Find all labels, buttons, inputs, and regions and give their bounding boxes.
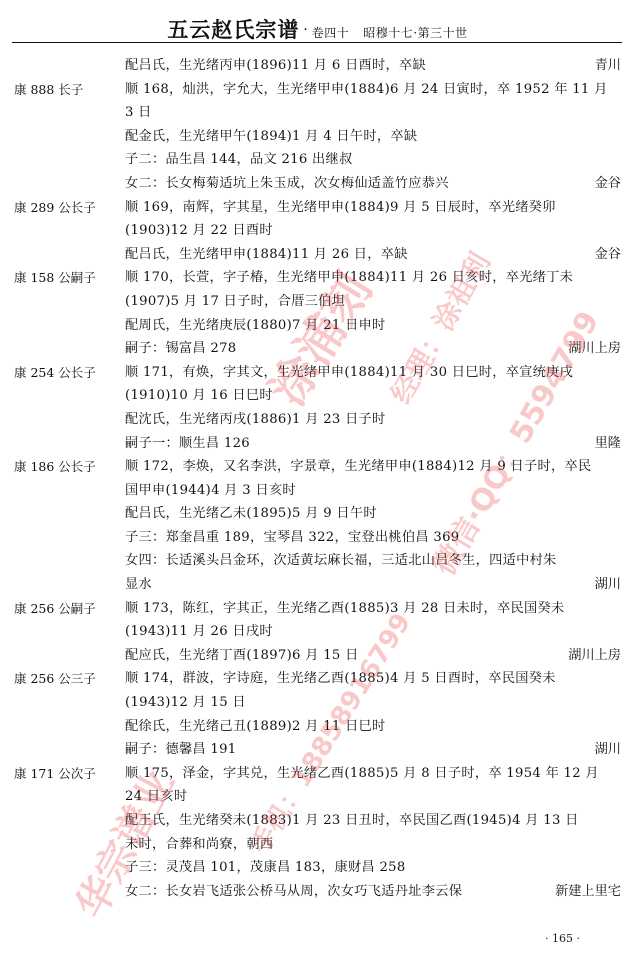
entry-text: 顺 169，南辉，字其星，生光绪甲申(1884)9 月 5 日辰时，卒光绪癸卯 [125,196,556,220]
entry-text: 配王氏，生光绪癸未(1883)1 月 23 日丑时，卒民国乙酉(1945)4 月… [125,809,579,833]
entry-text: 子二：品生昌 144，品文 216 出继叔 [125,148,352,172]
genealogy-entries: 配吕氏，生光绪丙申(1896)11 月 6 日酉时，卒缺青川 康 888 长子顺… [0,54,635,903]
entry-text: 女二：长女岩飞适张公桥马从周，次女巧飞适丹址李云保 [125,880,462,904]
entry-text: 子三：郑奎昌重 189，宝琴昌 322，宝登出桃伯昌 369 [125,526,459,550]
entry-line: 配沈氏，生光绪丙戌(1886)1 月 23 日子时 [0,408,635,432]
lineage-label: 康 171 公次子 [14,762,96,786]
entry-line: (1903)12 月 22 日酉时 [0,219,635,243]
generation-label: 第三十世 [418,26,468,40]
entry-line: 配应氏，生光绪丁酉(1897)6 月 15 日湖川上房 [0,644,635,668]
entry-line: 配王氏，生光绪癸未(1883)1 月 23 日丑时，卒民国乙酉(1945)4 月… [0,809,635,833]
lineage-label: 康 256 公三子 [14,667,96,691]
entry-text: 顺 174，群波，字诗庭，生光绪乙酉(1885)4 月 5 日酉时，卒民国癸未 [125,667,556,691]
entry-text: 配应氏，生光绪丁酉(1897)6 月 15 日 [125,644,359,668]
lineage-label: 康 289 公长子 [14,196,96,220]
entry-text: 女四：长适溪头吕金环，次适黄坛麻长福，三适北山吕冬生，四适中村朱 [125,549,557,573]
location-tag: 新建上里宅 [555,880,621,904]
entry-line: (1943)11 月 26 日戌时 [0,620,635,644]
location-tag: 金谷 [595,172,621,196]
entry-text: 嗣子：德馨昌 191 [125,738,237,762]
entry-line: 康 186 公长子顺 172，李焕，又名李洪，字景章，生光绪甲申(1884)12… [0,455,635,479]
location-tag: 金谷 [595,243,621,267]
entry-text: (1907)5 月 17 日子时，合厝三伯坦 [125,290,345,314]
entry-text: 配吕氏，生光绪甲申(1884)11 月 26 日，卒缺 [125,243,408,267]
entry-line: 3 日 [0,101,635,125]
entry-line: 女四：长适溪头吕金环，次适黄坛麻长福，三适北山吕冬生，四适中村朱 [0,549,635,573]
entry-line: 女二：长女岩飞适张公桥马从周，次女巧飞适丹址李云保新建上里宅 [0,880,635,904]
entry-text: 顺 175，泽金，字其兑，生光绪乙酉(1885)5 月 8 日子时，卒 1954… [125,762,599,786]
entry-text: 国甲申(1944)4 月 3 日亥时 [125,479,296,503]
location-tag: 里隆 [595,432,621,456]
entry-text: 显水 [125,573,152,597]
entry-line: 未时，合葬和尚寮，朝西 [0,833,635,857]
header-rule [12,42,622,43]
entry-text: 配吕氏，生光绪丙申(1896)11 月 6 日酉时，卒缺 [125,54,426,78]
entry-text: 嗣子：锡富昌 278 [125,337,237,361]
entry-line: 子二：品生昌 144，品文 216 出继叔 [0,148,635,172]
entry-line: 国甲申(1944)4 月 3 日亥时 [0,479,635,503]
entry-line: 康 256 公三子顺 174，群波，字诗庭，生光绪乙酉(1885)4 月 5 日… [0,667,635,691]
lineage-label: 康 158 公嗣子 [14,266,96,290]
entry-text: 顺 172，李焕，又名李洪，字景章，生光绪甲申(1884)12 月 9 日子时，… [125,455,591,479]
entry-text: (1910)10 月 16 日巳时 [125,384,273,408]
book-title: 五云赵氏宗谱 [167,17,299,42]
entry-text: (1943)11 月 26 日戌时 [125,620,273,644]
separator-dot: · [303,22,307,38]
entry-line: 康 254 公长子顺 171，有焕，字其文，生光绪甲申(1884)11 月 30… [0,361,635,385]
entry-text: 配徐氏，生光绪己丑(1889)2 月 11 日巳时 [125,715,386,739]
entry-line: 嗣子一：顺生昌 126里隆 [0,432,635,456]
page-header: 五云赵氏宗谱·卷四十昭穆十七·第三十世 [0,14,635,42]
entry-text: 顺 170，长萱，字子椿，生光绪甲申(1884)11 月 26 日亥时，卒光绪丁… [125,266,573,290]
entry-line: 康 171 公次子顺 175，泽金，字其兑，生光绪乙酉(1885)5 月 8 日… [0,762,635,786]
lineage-label: 康 254 公长子 [14,361,96,385]
lineage-label: 康 256 公嗣子 [14,597,96,621]
lineage-label: 康 888 长子 [14,78,83,102]
entry-line: 康 888 长子顺 168，灿洪，字允大，生光绪甲申(1884)6 月 24 日… [0,78,635,102]
entry-line: (1943)12 月 15 日 [0,691,635,715]
entry-line: 女二：长女梅菊适坑上朱玉成，次女梅仙适盖竹应恭兴金谷 [0,172,635,196]
entry-line: 嗣子：德馨昌 191湖川 [0,738,635,762]
location-tag: 青川 [595,54,621,78]
entry-line: (1910)10 月 16 日巳时 [0,384,635,408]
entry-text: 未时，合葬和尚寮，朝西 [125,833,273,857]
entry-text: 女二：长女梅菊适坑上朱玉成，次女梅仙适盖竹应恭兴 [125,172,449,196]
entry-text: (1943)12 月 15 日 [125,691,246,715]
entry-text: 子三：灵茂昌 101，茂康昌 183，康财昌 258 [125,856,406,880]
entry-line: 配徐氏，生光绪己丑(1889)2 月 11 日巳时 [0,715,635,739]
entry-text: 顺 171，有焕，字其文，生光绪甲申(1884)11 月 30 日巳时，卒宣统庚… [125,361,573,385]
volume-label: 卷四十 [312,26,350,40]
page-number: · 165 · [545,932,580,945]
entry-line: 配吕氏，生光绪乙未(1895)5 月 9 日午时 [0,502,635,526]
entry-line: 显水湖川 [0,573,635,597]
location-tag: 湖川 [595,573,621,597]
entry-line: 康 158 公嗣子顺 170，长萱，字子椿，生光绪甲申(1884)11 月 26… [0,266,635,290]
entry-text: 顺 168，灿洪，字允大，生光绪甲申(1884)6 月 24 日寅时，卒 195… [125,78,608,102]
entry-line: 24 日亥时 [0,785,635,809]
entry-text: 配吕氏，生光绪乙未(1895)5 月 9 日午时 [125,502,377,526]
entry-text: (1903)12 月 22 日酉时 [125,219,273,243]
entry-text: 顺 173，陈红，字其正，生光绪乙酉(1885)3 月 28 日未时，卒民国癸未 [125,597,564,621]
location-tag: 湖川上房 [568,337,621,361]
entry-line: (1907)5 月 17 日子时，合厝三伯坦 [0,290,635,314]
entry-text: 3 日 [125,101,152,125]
entry-line: 配金氏，生光绪甲午(1894)1 月 4 日午时，卒缺 [0,125,635,149]
entry-text: 配沈氏，生光绪丙戌(1886)1 月 23 日子时 [125,408,386,432]
entry-line: 康 256 公嗣子顺 173，陈红，字其正，生光绪乙酉(1885)3 月 28 … [0,597,635,621]
location-tag: 湖川 [595,738,621,762]
section-label: 昭穆十七 [363,26,413,40]
lineage-label: 康 186 公长子 [14,455,96,479]
entry-line: 子三：灵茂昌 101，茂康昌 183，康财昌 258 [0,856,635,880]
location-tag: 湖川上房 [568,644,621,668]
entry-line: 子三：郑奎昌重 189，宝琴昌 322，宝登出桃伯昌 369 [0,526,635,550]
entry-line: 配吕氏，生光绪甲申(1884)11 月 26 日，卒缺金谷 [0,243,635,267]
entry-text: 嗣子一：顺生昌 126 [125,432,250,456]
entry-line: 康 289 公长子顺 169，南辉，字其星，生光绪甲申(1884)9 月 5 日… [0,196,635,220]
entry-line: 配吕氏，生光绪丙申(1896)11 月 6 日酉时，卒缺青川 [0,54,635,78]
entry-line: 配周氏，生光绪庚辰(1880)7 月 21 日申时 [0,314,635,338]
entry-text: 配周氏，生光绪庚辰(1880)7 月 21 日申时 [125,314,386,338]
entry-text: 24 日亥时 [125,785,187,809]
entry-line: 嗣子：锡富昌 278湖川上房 [0,337,635,361]
entry-text: 配金氏，生光绪甲午(1894)1 月 4 日午时，卒缺 [125,125,417,149]
